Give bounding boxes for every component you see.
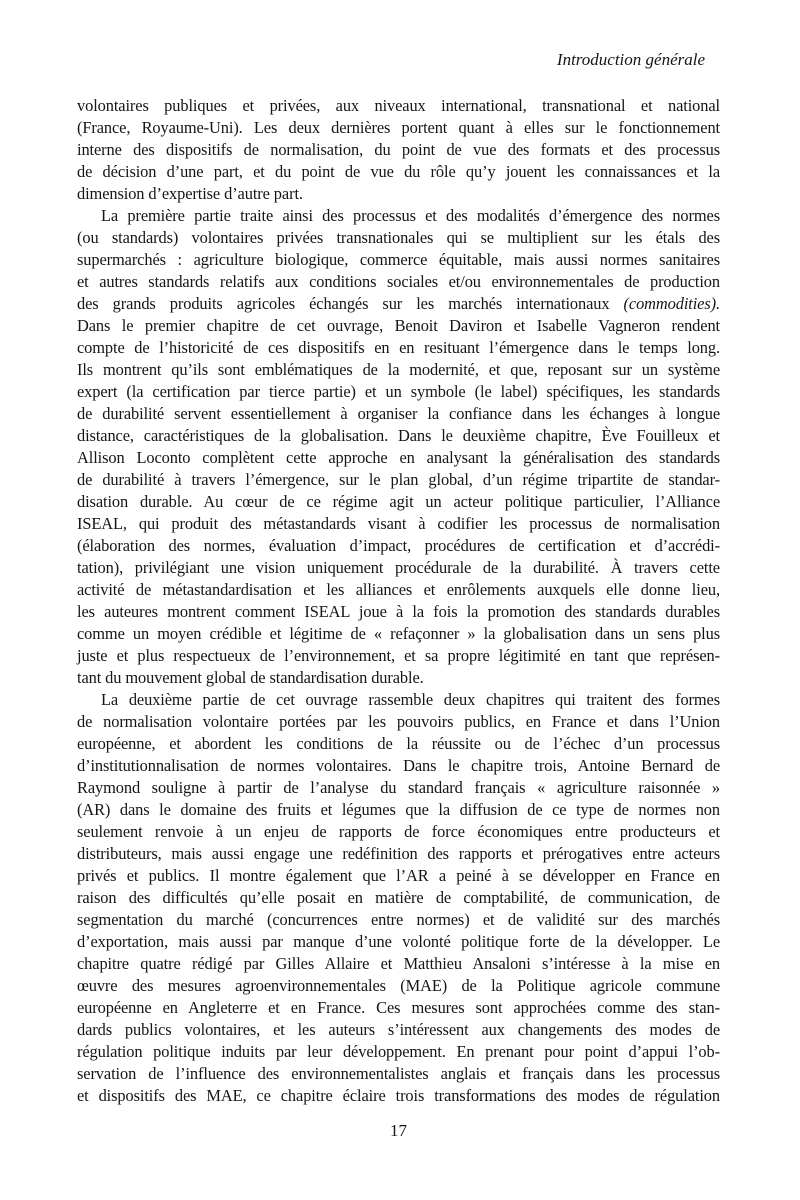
text-line: Ils montrent qu’ils sont emblématiques d… [77,359,720,381]
text-line: de normalisation volontaire portées par … [77,711,720,733]
text-line: supermarchés : agriculture biologique, c… [77,249,720,271]
page-number: 17 [77,1120,720,1142]
text-line: seulement renvoie à un enjeu de rapports… [77,821,720,843]
running-header: Introduction générale [77,50,705,70]
text-line: (AR) dans le domaine des fruits et légum… [77,799,720,821]
text-line: européenne, et abordent les conditions d… [77,733,720,755]
text-line: Raymond souligne à partir de l’analyse d… [77,777,720,799]
text-line: distributeurs, mais aussi engage une red… [77,843,720,865]
text-line: de durabilité à travers l’émergence, sur… [77,469,720,491]
text-line: distance, caractéristiques de la globali… [77,425,720,447]
text-line: d’exportation, mais aussi par manque d’u… [77,931,720,953]
text-line: ISEAL, qui produit des métastandards vis… [77,513,720,535]
text-line: juste et plus respectueux de l’environne… [77,645,720,667]
text-line: (France, Royaume-Uni). Les deux dernière… [77,117,720,139]
text-line: de décision d’une part, et du point de v… [77,161,720,183]
text-line: Dans le premier chapitre de cet ouvrage,… [77,315,720,337]
text-line: œuvre des mesures agroenvironnementales … [77,975,720,997]
text-line: disation durable. Au cœur de ce régime a… [77,491,720,513]
text-line: européenne en Angleterre et en France. C… [77,997,720,1019]
text-line: activité de métastandardisation et les a… [77,579,720,601]
text-line: comme un moyen crédible et légitime de «… [77,623,720,645]
text-line: régulation politique induits par leur dé… [77,1041,720,1063]
text-line: privés et publics. Il montre également q… [77,865,720,887]
book-page: Introduction générale volontaires publiq… [0,0,800,1200]
text-line: La première partie traite ainsi des proc… [77,205,720,227]
text-line: compte de l’historicité de ces dispositi… [77,337,720,359]
text-line: interne des dispositifs de normalisation… [77,139,720,161]
text-line: La deuxième partie de cet ouvrage rassem… [77,689,720,711]
text-line: de durabilité servent essentiellement à … [77,403,720,425]
text-line: (ou standards) volontaires privées trans… [77,227,720,249]
text-line: expert (la certification par tierce part… [77,381,720,403]
text-line: tation), privilégiant une vision uniquem… [77,557,720,579]
text-line: dimension d’expertise d’autre part. [77,183,720,205]
text-line: et dispositifs des MAE, ce chapitre écla… [77,1085,720,1107]
text-line: des grands produits agricoles échangés s… [77,293,720,315]
text-line: segmentation du marché (concurrences ent… [77,909,720,931]
text-line: volontaires publiques et privées, aux ni… [77,95,720,117]
text-line: servation de l’influence des environneme… [77,1063,720,1085]
text-line: tant du mouvement global de standardisat… [77,667,720,689]
text-line: les auteures montrent comment ISEAL joue… [77,601,720,623]
text-line: raison des difficultés qu’elle posait en… [77,887,720,909]
text-line: Allison Loconto complètent cette approch… [77,447,720,469]
text-line: et autres standards relatifs aux conditi… [77,271,720,293]
text-block: volontaires publiques et privées, aux ni… [77,95,720,1107]
text-line: (élaboration des normes, évaluation d’im… [77,535,720,557]
text-line: dards publics volontaires, et les auteur… [77,1019,720,1041]
text-line: chapitre quatre rédigé par Gilles Allair… [77,953,720,975]
text-line: d’institutionnalisation de normes volont… [77,755,720,777]
